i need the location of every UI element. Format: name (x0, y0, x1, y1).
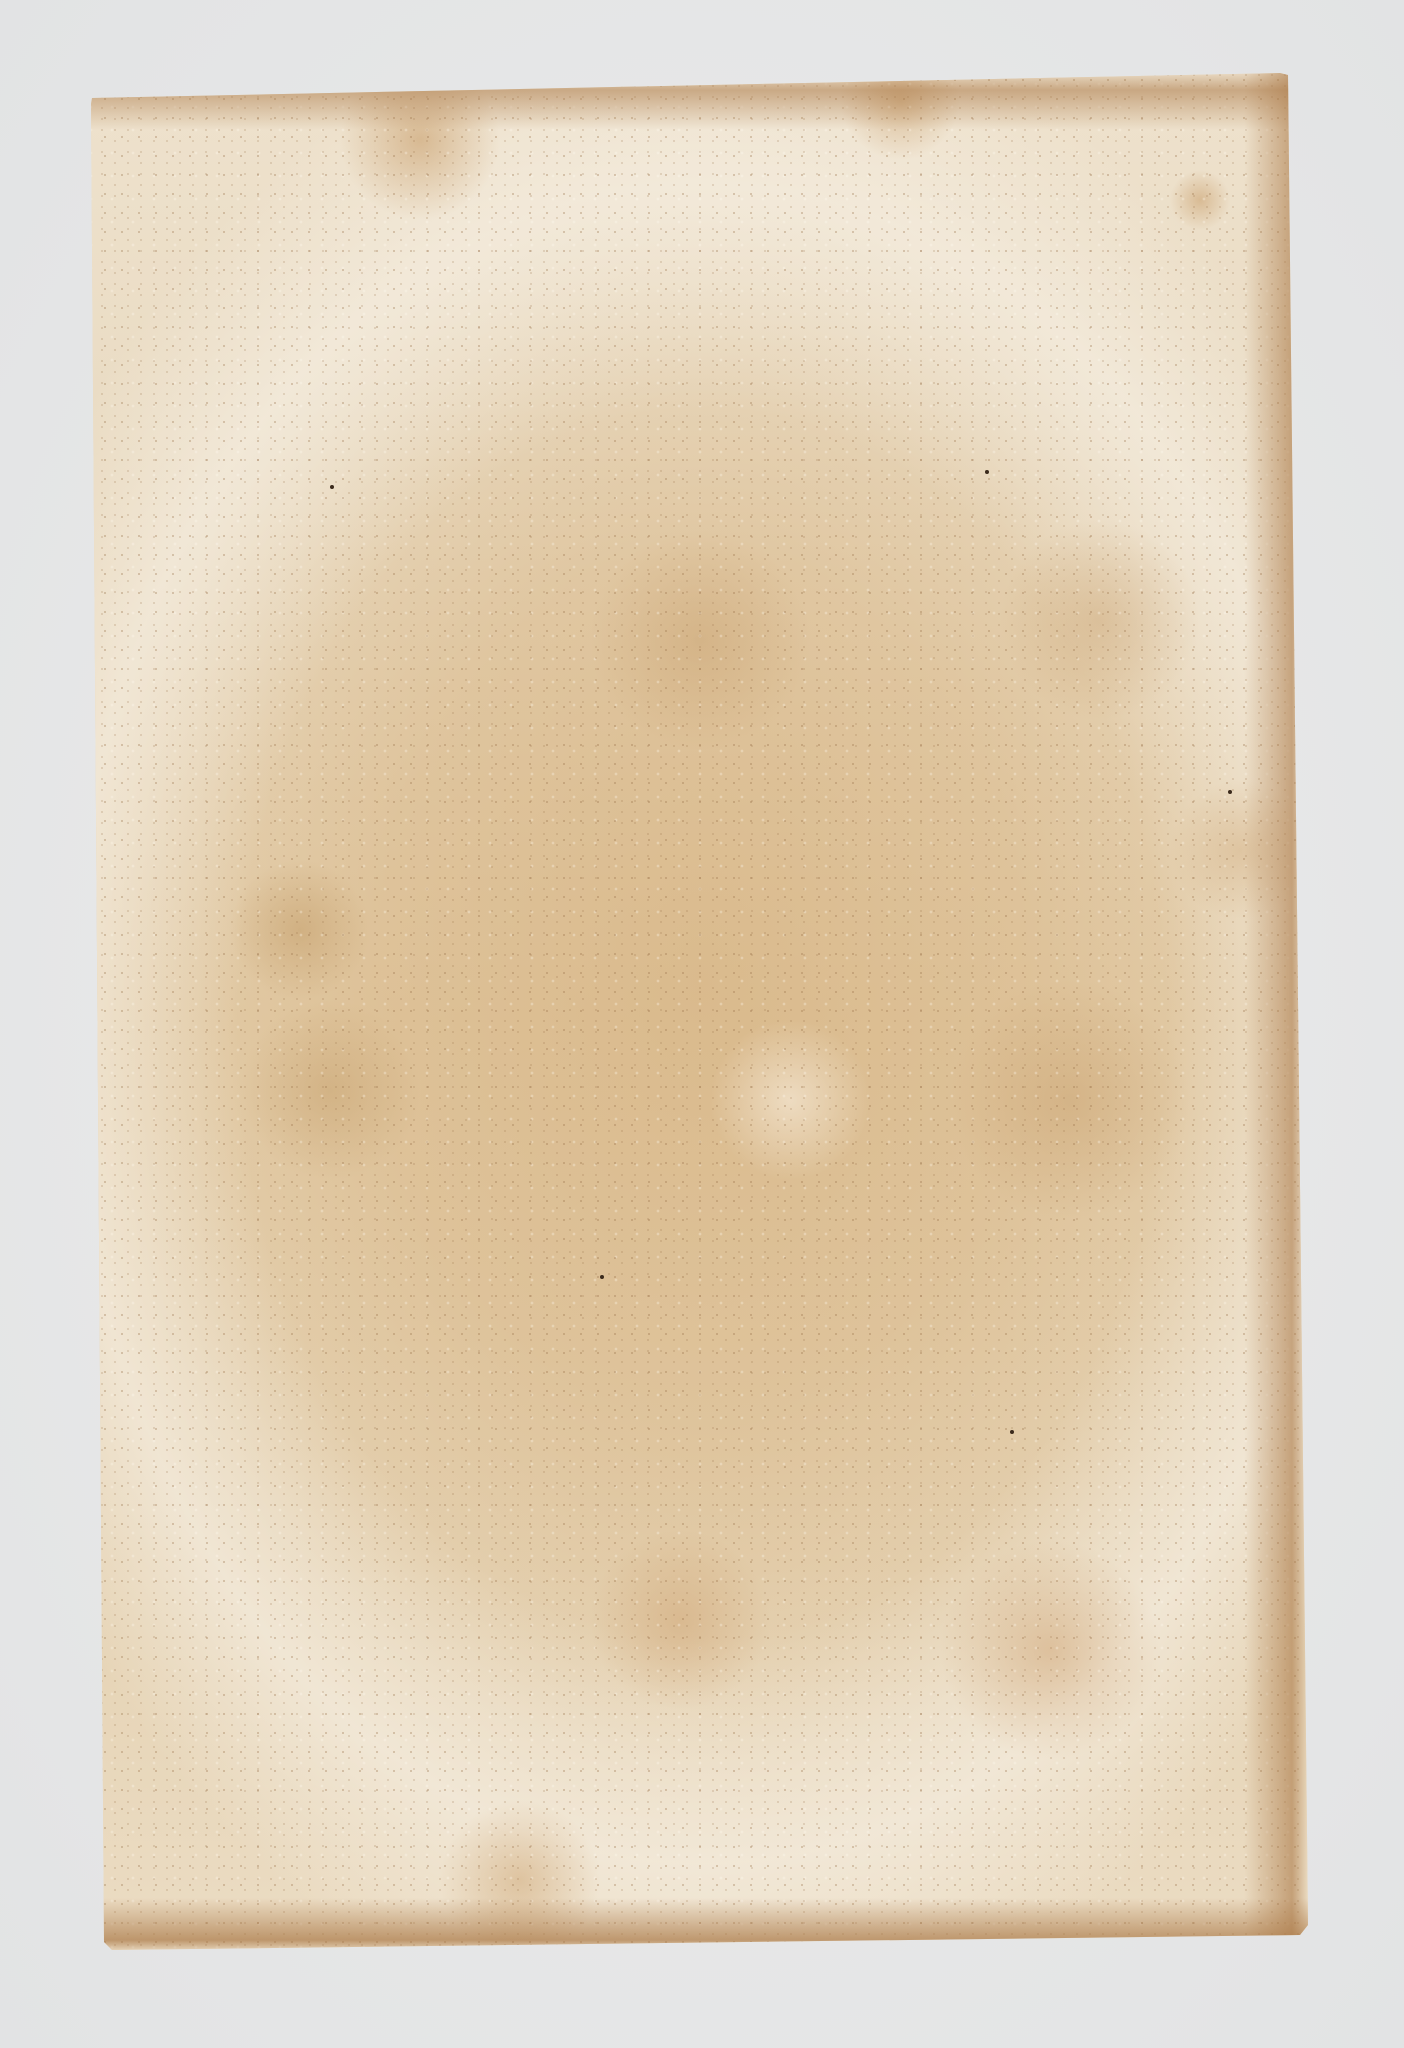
ink-spot (1010, 1430, 1014, 1434)
darkened-edges (0, 0, 1404, 2048)
ink-spot (330, 485, 334, 489)
ink-spot (600, 1275, 604, 1279)
ink-spot (1228, 790, 1232, 794)
blank-aged-card (0, 0, 1404, 2048)
ink-spot (985, 470, 989, 474)
